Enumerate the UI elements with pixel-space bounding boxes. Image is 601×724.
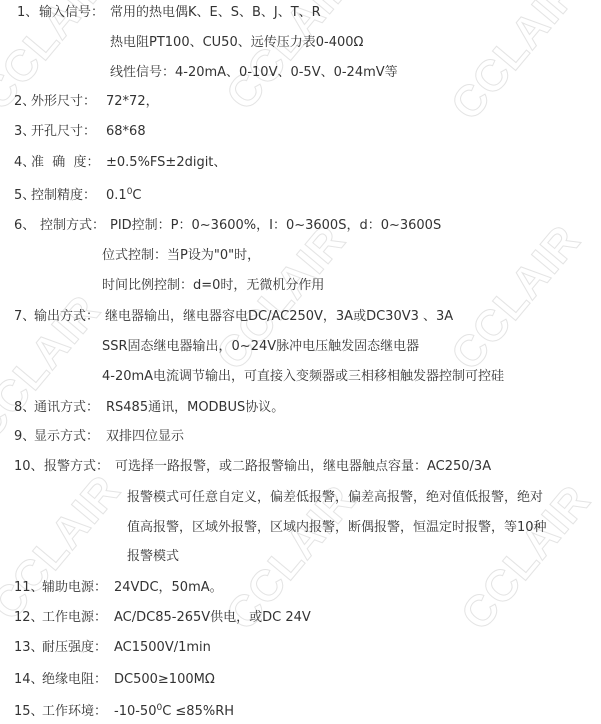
spec-item-working-power: 12、工作电源：AC/DC85-265V供电，或DC 24V <box>14 609 311 627</box>
item-value: SSR固态继电器输出，0~24V脉冲电压触发固态继电器 <box>102 338 419 356</box>
spec-item-control-mode-onoff: 位式控制：当P设为"0"时， <box>102 247 260 265</box>
item-value: 4-20mA电流调节输出，可直接入变频器或三相移相触发器控制可控硅 <box>102 368 504 386</box>
value-unit: C <box>132 188 141 203</box>
item-label: 通讯方式： <box>34 399 106 417</box>
spec-item-alarm-modes-end: 报警模式 <box>127 548 179 566</box>
spec-item-insulation-resistance: 14、绝缘电阻：DC500≥100MΩ <box>14 671 215 689</box>
item-value: 位式控制：当P设为"0"时， <box>102 247 260 265</box>
item-value: 双排四位显示 <box>106 428 184 446</box>
item-number: 9、 <box>14 428 34 446</box>
item-label: 报警方式： <box>44 458 115 476</box>
spec-item-control-mode: 6、控制方式：PID控制：P：0~3600%，I：0~3600S，d：0~360… <box>14 217 441 235</box>
item-value: 报警模式 <box>127 548 179 566</box>
spec-item-control-mode-time-proportional: 时间比例控制：d=0时，无微机分作用 <box>102 277 324 295</box>
item-value: 热电阻PT100、CU50、远传压力表0-400Ω <box>110 34 363 52</box>
item-number: 6、 <box>14 217 40 235</box>
item-label: 显示方式： <box>34 428 106 446</box>
spec-item-alarm: 10、报警方式：可选择一路报警，或二路报警输出，继电器触点容量：AC250/3A <box>14 458 491 476</box>
value-number: 0.1 <box>106 188 127 203</box>
spec-item-output-mode-ssr: SSR固态继电器输出，0~24V脉冲电压触发固态继电器 <box>102 338 419 356</box>
spec-item-dimensions: 2、外形尺寸：72*72， <box>14 93 159 111</box>
item-label: 工作环境： <box>42 703 114 721</box>
item-value: 线性信号：4-20mA、0-10V、0-5V、0-24mV等 <box>110 64 398 82</box>
item-number: 14、 <box>14 671 42 689</box>
spec-item-alarm-modes: 报警模式可任意自定义，偏差低报警，偏差高报警，绝对值低报警，绝对 <box>127 489 543 507</box>
item-number: 13、 <box>14 639 42 657</box>
spec-item-communication: 8、通讯方式：RS485通讯，MODBUS协议。 <box>14 399 284 417</box>
item-label: 绝缘电阻： <box>42 671 114 689</box>
value-number: -10-50 <box>114 704 156 719</box>
item-label: 开孔尺寸： <box>31 123 106 141</box>
item-value: -10-500C ≤85%RH <box>114 703 234 721</box>
item-label: 准 确 度： <box>31 154 106 172</box>
spec-item-alarm-modes-cont: 值高报警，区域外报警，区域内报警，断偶报警，恒温定时报警，等10种 <box>127 519 547 537</box>
item-number: 2、 <box>14 93 31 111</box>
item-value: 0.10C <box>106 187 142 205</box>
spec-item-cutout: 3、开孔尺寸：68*68 <box>14 123 146 141</box>
item-value: 72*72， <box>106 93 159 111</box>
item-value: 可选择一路报警，或二路报警输出，继电器触点容量：AC250/3A <box>115 458 491 476</box>
spec-item-accuracy: 4、准 确 度：±0.5%FS±2digit、 <box>14 154 226 172</box>
item-number: 15、 <box>14 703 42 721</box>
item-value: 时间比例控制：d=0时，无微机分作用 <box>102 277 324 295</box>
item-value: 报警模式可任意自定义，偏差低报警，偏差高报警，绝对值低报警，绝对 <box>127 489 543 507</box>
item-number: 12、 <box>14 609 42 627</box>
item-number: 4、 <box>14 154 31 172</box>
item-value: 继电器输出，继电器容电DC/AC250V，3A或DC30V3 、3A <box>105 308 453 326</box>
item-value: AC/DC85-265V供电，或DC 24V <box>114 609 311 627</box>
item-number: 8、 <box>14 399 34 417</box>
value-unit: C ≤85%RH <box>162 704 234 719</box>
item-label: 辅助电源： <box>42 579 114 597</box>
spec-item-output-mode: 7、输出方式：继电器输出，继电器容电DC/AC250V，3A或DC30V3 、3… <box>14 308 453 326</box>
item-label: 耐压强度： <box>42 639 114 657</box>
spec-item-aux-power: 11、辅助电源：24VDC，50mA。 <box>14 579 223 597</box>
item-number: 11、 <box>14 579 42 597</box>
item-label: 控制方式： <box>40 217 110 235</box>
item-value: RS485通讯，MODBUS协议。 <box>106 399 284 417</box>
spec-document: 1、输入信号：常用的热电偶K、E、S、B、J、T、R 热电阻PT100、CU50… <box>0 0 601 724</box>
item-value: 68*68 <box>106 123 146 141</box>
spec-item-withstand-voltage: 13、耐压强度：AC1500V/1min <box>14 639 211 657</box>
spec-item-output-mode-current: 4-20mA电流调节输出，可直接入变频器或三相移相触发器控制可控硅 <box>102 368 504 386</box>
item-value: ±0.5%FS±2digit、 <box>106 154 226 172</box>
item-number: 3、 <box>14 123 31 141</box>
spec-item-control-precision: 5、控制精度：0.10C <box>14 187 142 205</box>
spec-item-input-signal-linear: 线性信号：4-20mA、0-10V、0-5V、0-24mV等 <box>110 64 398 82</box>
item-value: 常用的热电偶K、E、S、B、J、T、R <box>110 4 321 22</box>
spec-item-input-signal: 1、输入信号：常用的热电偶K、E、S、B、J、T、R <box>17 4 321 22</box>
item-value: AC1500V/1min <box>114 639 211 657</box>
item-number: 5、 <box>14 187 31 205</box>
item-number: 10、 <box>14 458 44 476</box>
item-label: 输入信号： <box>39 4 110 22</box>
item-label: 工作电源： <box>42 609 114 627</box>
item-number: 1、 <box>17 4 39 22</box>
spec-item-input-signal-rtd: 热电阻PT100、CU50、远传压力表0-400Ω <box>110 34 363 52</box>
item-value: PID控制：P：0~3600%，I：0~3600S，d：0~3600S <box>110 217 441 235</box>
item-value: 24VDC，50mA。 <box>114 579 223 597</box>
spec-item-environment: 15、工作环境：-10-500C ≤85%RH <box>14 703 234 721</box>
item-label: 输出方式： <box>34 308 105 326</box>
item-value: 值高报警，区域外报警，区域内报警，断偶报警，恒温定时报警，等10种 <box>127 519 547 537</box>
spec-item-display: 9、显示方式：双排四位显示 <box>14 428 184 446</box>
item-label: 外形尺寸： <box>31 93 106 111</box>
item-number: 7、 <box>14 308 34 326</box>
item-label: 控制精度： <box>31 187 106 205</box>
item-value: DC500≥100MΩ <box>114 671 215 689</box>
